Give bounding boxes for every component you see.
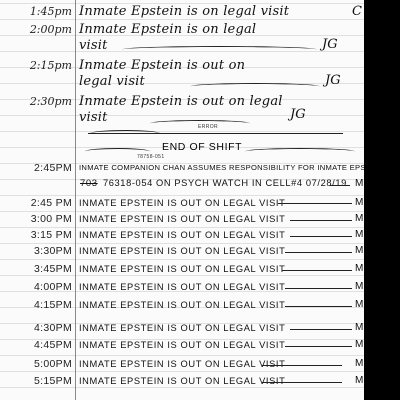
fill-line [190,83,320,90]
entry-time: 3:00 PM [8,213,72,225]
log-entry: 5:00PM INMATE EPSTEIN IS OUT ON LEGAL VI… [0,357,364,373]
error-scribble [90,130,160,137]
end-of-shift-row: END OF SHIFT [0,140,364,156]
entry-text: legal visit [79,74,145,89]
entry-time: 3:15 PM [8,229,72,241]
log-entry: 2:45 PM INMATE EPSTEIN IS OUT ON LEGAL V… [0,196,364,212]
entry-text: INMATE EPSTEIN IS OUT ON LEGAL VISIT [79,300,285,310]
entry-time: 4:30PM [8,322,72,334]
entry-initials: JG [322,37,338,52]
fill-line [122,46,317,53]
superscript-number: 78758-051 [137,154,165,160]
log-entry-continuation: legal visit JG [0,74,364,90]
entry-initials: JG [290,107,306,122]
entry-time: 2:30pm [8,95,72,108]
entry-text: INMATE EPSTEIN IS OUT ON LEGAL VISIT [79,198,285,208]
log-entry: 4:30PM INMATE EPSTEIN IS OUT ON LEGAL VI… [0,321,364,337]
entry-text: Inmate Epstein is out on legal [79,94,283,109]
entry-text: INMATE EPSTEIN IS OUT ON LEGAL VISIT [79,323,285,333]
entry-text: INMATE EPSTEIN IS OUT ON LEGAL VISIT [79,359,285,369]
redaction-bar [364,0,400,400]
fill-line [262,382,342,383]
fill-line [330,185,350,186]
entry-initial: M [355,322,363,333]
error-note: ERROR [198,124,218,130]
entry-text: Inmate Epstein is on legal [79,22,256,37]
entry-text: 76318-054 ON PSYCH WATCH IN CELL#4 07/28… [103,178,347,188]
entry-text: INMATE EPSTEIN IS OUT ON LEGAL VISIT [79,264,285,274]
fill-line [290,329,352,330]
entry-time: 1:45pm [8,5,72,18]
entry-time: 3:45PM [8,263,72,275]
log-entry: 3:30PM INMATE EPSTEIN IS OUT ON LEGAL VI… [0,244,364,260]
entry-initial: M [355,299,363,310]
entry-time: 4:00PM [8,281,72,293]
entry-initial: M [355,339,363,350]
entry-initial: M [355,375,363,386]
entry-initial: M [355,178,363,189]
entry-initials: JG [325,73,341,88]
entry-time: 4:45PM [8,339,72,351]
end-swoosh-right [245,148,355,155]
entry-time: 5:15PM [8,375,72,387]
entry-initials: C [352,4,362,19]
entry-time: 2:00pm [8,23,72,36]
entry-initial: M [355,358,363,369]
entry-text: INMATE EPSTEIN IS OUT ON LEGAL VISIT [79,282,285,292]
entry-time: 3:30PM [8,245,72,257]
entry-text: INMATE EPSTEIN IS OUT ON LEGAL VISIT [79,214,285,224]
entry-time: 2:45PM [8,162,72,174]
transfer-entry: 78758-051 2:45PM INMATE COMPANION CHAN A… [0,160,364,176]
log-entry: 5:15PM INMATE EPSTEIN IS OUT ON LEGAL VI… [0,374,364,390]
entry-text: INMATE COMPANION CHAN ASSUMES RESPONSIBI… [79,163,384,172]
log-page: 1:45pm Inmate Epstein is on legal visit … [0,0,400,400]
fill-line [285,252,352,253]
entry-initial: M [355,263,363,274]
entry-initial: M [355,229,363,240]
fill-line [262,365,342,366]
fill-line [285,306,352,307]
log-entry: 3:00 PM INMATE EPSTEIN IS OUT ON LEGAL V… [0,212,364,228]
fill-line [290,236,352,237]
entry-text: Inmate Epstein is on legal visit [79,4,289,19]
entry-text: INMATE EPSTEIN IS OUT ON LEGAL VISIT [79,230,285,240]
log-entry: 4:15PM INMATE EPSTEIN IS OUT ON LEGAL VI… [0,298,364,314]
log-entry: 3:45PM INMATE EPSTEIN IS OUT ON LEGAL VI… [0,262,364,278]
entry-time: 2:15pm [8,59,72,72]
log-entry: 1:45pm Inmate Epstein is on legal visit … [0,4,364,20]
entry-time: 4:15PM [8,299,72,311]
fill-line [278,203,352,204]
log-entry: 4:00PM INMATE EPSTEIN IS OUT ON LEGAL VI… [0,280,364,296]
log-entry: 3:15 PM INMATE EPSTEIN IS OUT ON LEGAL V… [0,228,364,244]
fill-line [285,288,352,289]
entry-time: 2:45 PM [8,197,72,209]
entry-text: INMATE EPSTEIN IS OUT ON LEGAL VISIT [79,246,285,256]
entry-text: Inmate Epstein is out on [79,58,245,73]
entry-text: visit [79,110,108,125]
entry-initial: M [355,197,363,208]
entry-time: 5:00PM [8,358,72,370]
fill-line [282,270,352,271]
log-entry: 2:00pm Inmate Epstein is on legal [0,22,364,38]
entry-text: visit [79,38,108,53]
log-entry-continuation: visit JG [0,38,364,54]
log-entry: 4:45PM INMATE EPSTEIN IS OUT ON LEGAL VI… [0,338,364,354]
entry-text: INMATE EPSTEIN IS OUT ON LEGAL VISIT [79,376,285,386]
entry-initial: M [355,213,363,224]
error-correction: ERROR [0,124,364,140]
log-entry: 2:30pm Inmate Epstein is out on legal [0,94,364,110]
struck-number: 703 [80,178,98,189]
log-entry: 2:15pm Inmate Epstein is out on [0,58,364,74]
fill-line [290,220,352,221]
fill-line [285,346,352,347]
entry-initial: M [355,245,363,256]
entry-text: INMATE EPSTEIN IS OUT ON LEGAL VISIT [79,340,285,350]
transfer-entry-continuation: 703 76318-054 ON PSYCH WATCH IN CELL#4 0… [0,176,364,192]
end-of-shift-label: END OF SHIFT [162,141,242,153]
entry-initial: M [355,281,363,292]
